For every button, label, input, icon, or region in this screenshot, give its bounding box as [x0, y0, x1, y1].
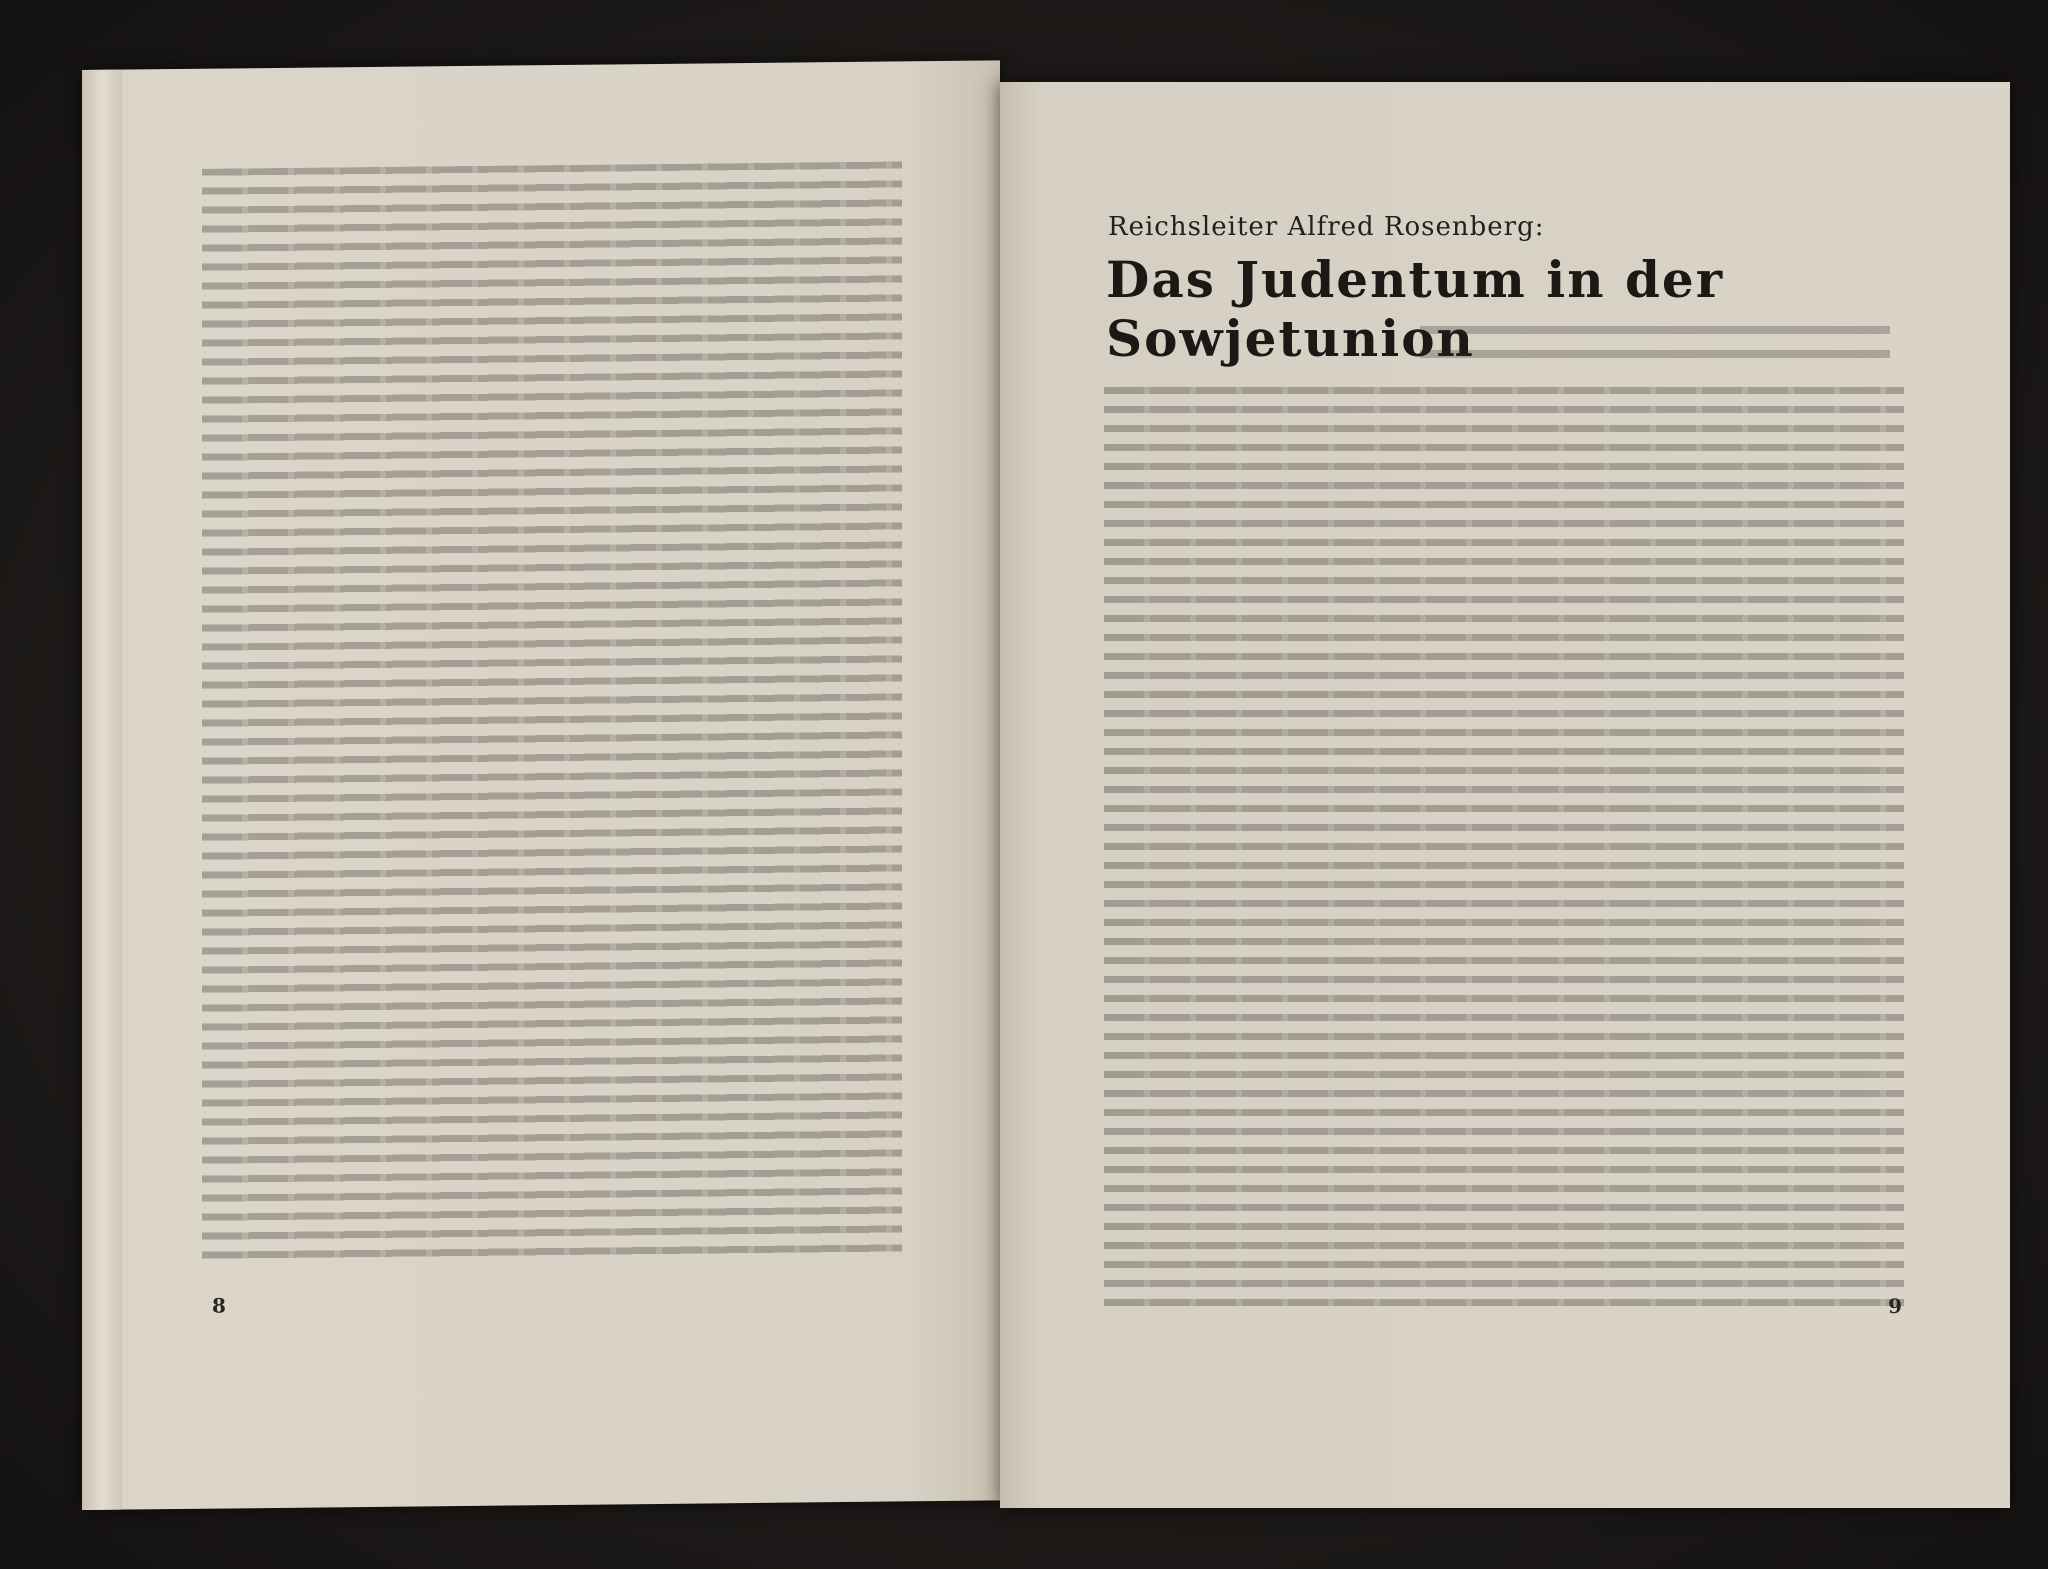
- epigraph-lines-placeholder: [1420, 326, 1890, 372]
- right-page-number: 9: [1888, 1294, 1902, 1318]
- text-lines-placeholder: [1104, 387, 1904, 1317]
- text-lines-placeholder: [202, 161, 902, 1268]
- left-page: 8: [82, 60, 1000, 1510]
- right-page: Reichsleiter Alfred Rosenberg: Das Juden…: [1000, 82, 2010, 1508]
- left-page-body-text: [202, 161, 902, 1268]
- left-page-number: 8: [212, 1293, 226, 1317]
- epigraph: [1420, 326, 1890, 372]
- author-line: Reichsleiter Alfred Rosenberg:: [1108, 212, 1544, 242]
- right-page-body-text: [1104, 387, 1904, 1317]
- binding-fold: [82, 70, 122, 1510]
